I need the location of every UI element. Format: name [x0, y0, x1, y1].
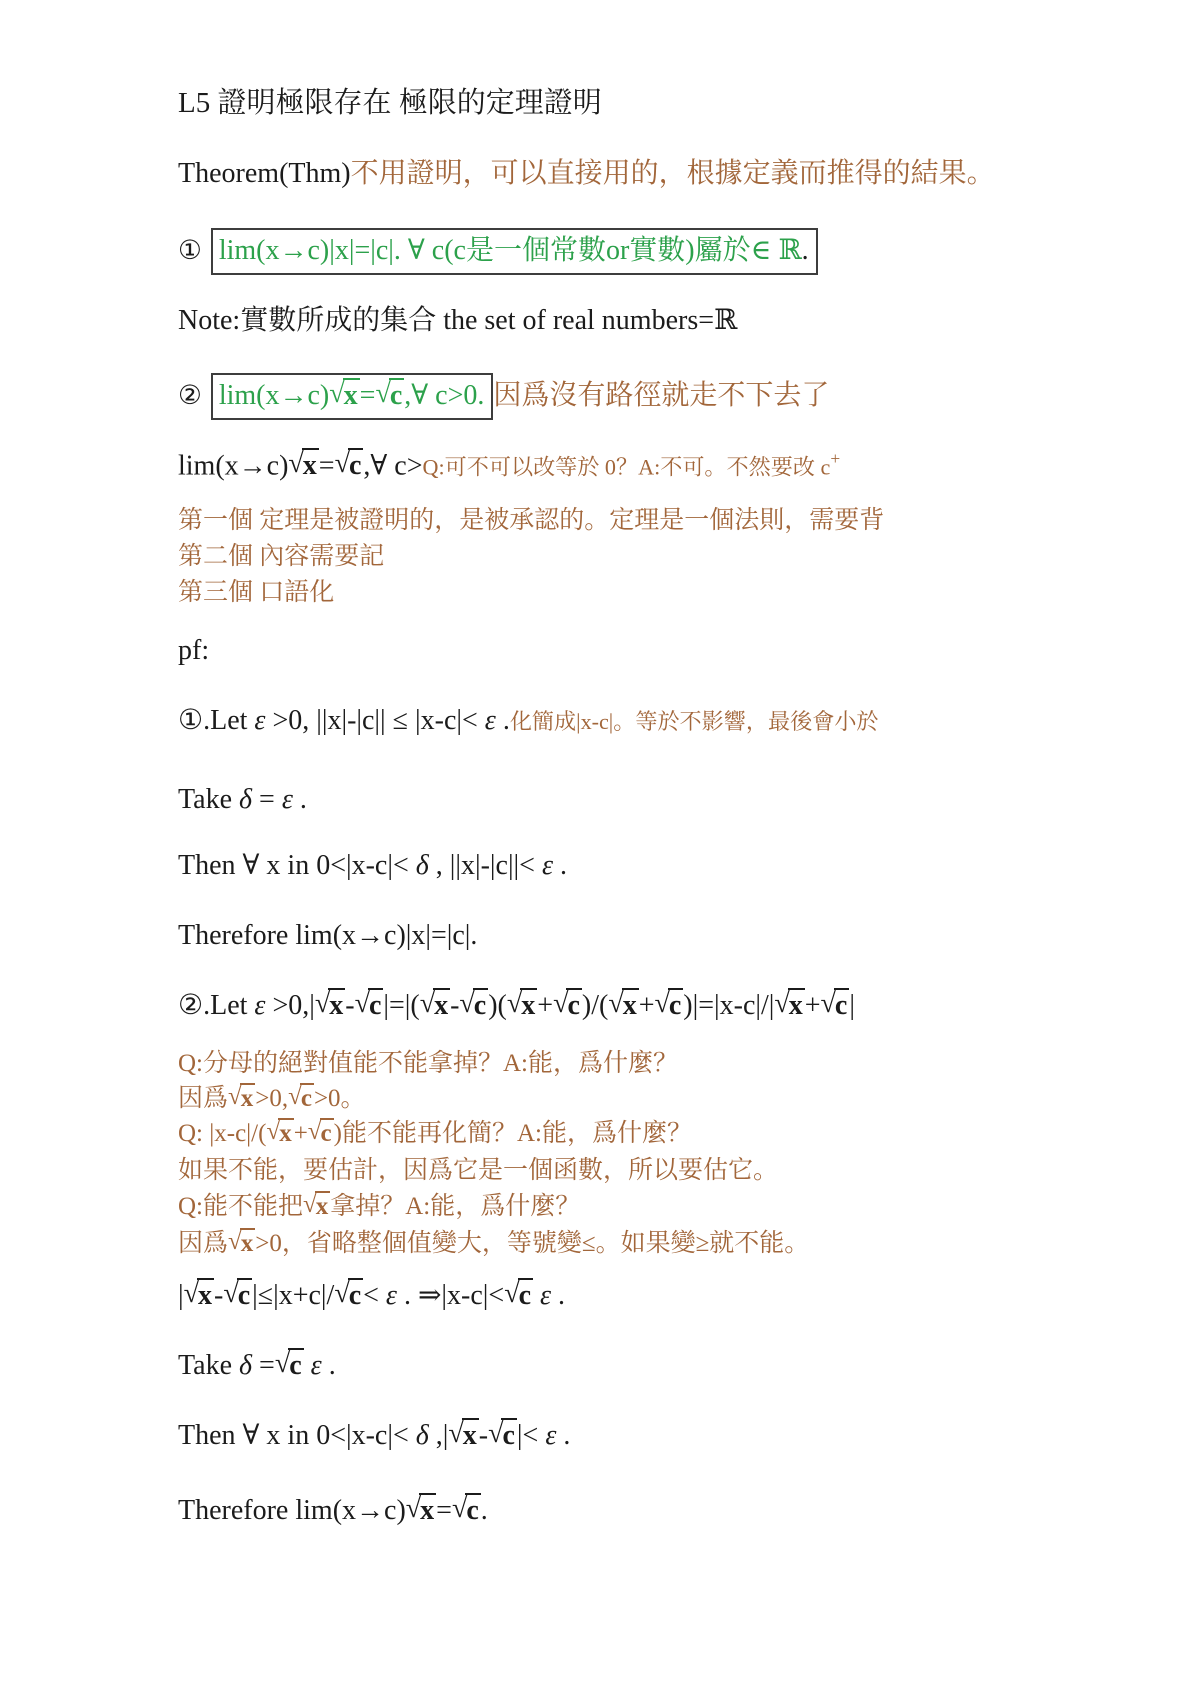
sqrt-expression: √c	[288, 1085, 314, 1112]
text-segment: 因爲	[178, 1230, 228, 1257]
proof-2-take: Take δ =√c ε .	[178, 1348, 336, 1383]
text-segment: -	[345, 990, 354, 1021]
text-segment: δ	[239, 1350, 252, 1381]
radical-sign: √	[315, 986, 330, 1021]
sqrt-expression: √x	[420, 990, 450, 1021]
text-segment: +	[830, 449, 840, 468]
radical-sign: √	[308, 1116, 322, 1147]
radicand: c	[348, 448, 363, 481]
radicand: x	[278, 1118, 294, 1148]
text-segment: .	[293, 784, 307, 815]
text-segment: =	[360, 380, 376, 411]
proof-1-take: Take δ = ε .	[178, 782, 307, 817]
text-segment: ε	[254, 990, 265, 1021]
text-segment: )能不能再化簡？A:能，爲什麼？	[334, 1120, 692, 1147]
text-segment	[533, 1280, 540, 1311]
text-segment: .	[556, 1420, 570, 1451]
text-segment: 第一個 定理是被證明的，是被承認的。定理是一個法則，需要背	[178, 507, 884, 534]
sqrt-expression: √x	[406, 1495, 436, 1526]
text-segment: pf:	[178, 635, 209, 666]
text-segment: ,∀ c>	[363, 450, 422, 481]
sqrt-expression: √c	[375, 380, 404, 411]
radicand: x	[302, 448, 319, 481]
text-segment: )|=|x-c|/|	[683, 990, 774, 1021]
text-segment: .	[802, 235, 809, 266]
radicand: x	[788, 988, 805, 1021]
text-segment: lim(x→c)	[219, 380, 329, 411]
radical-sign: √	[335, 446, 350, 481]
text-segment: .	[322, 1350, 336, 1381]
text-segment: |	[849, 990, 855, 1021]
sqrt-expression: √c	[275, 1350, 304, 1381]
sqrt-expression: √x	[608, 990, 638, 1021]
radical-sign: √	[420, 986, 435, 1021]
text-segment: 第二個 內容需要記	[178, 543, 384, 570]
text-segment: lim(x→c)|x|=|c|. ∀ c(c是一個常數or實數)屬於∈ ℝ	[219, 235, 802, 266]
text-segment: >0，省略整個值變大，等號變≤。如果變≥就不能。	[255, 1230, 809, 1257]
sqrt-expression: √c	[308, 1120, 334, 1147]
remark-2: 第二個 內容需要記	[178, 541, 384, 572]
radical-sign: √	[448, 1416, 463, 1451]
radical-sign: √	[375, 376, 390, 411]
radical-sign: √	[608, 986, 623, 1021]
sqrt-expression: √c	[504, 1280, 533, 1311]
remark-3: 第三個 口語化	[178, 577, 334, 608]
sqrt-expression: √x	[288, 450, 318, 481]
radicand: c	[465, 1493, 480, 1526]
radical-sign: √	[654, 986, 669, 1021]
text-segment: ε	[282, 784, 293, 815]
radicand: c	[566, 988, 581, 1021]
radical-sign: √	[774, 986, 789, 1021]
proof-1-let: ①.Let ε >0, ||x|-|c|| ≤ |x-c|< ε .化簡成|x-…	[178, 703, 879, 738]
text-segment: L5 證明極限存在 極限的定理證明	[178, 87, 602, 119]
radical-sign: √	[329, 376, 344, 411]
radical-sign: √	[334, 1276, 349, 1311]
radicand: x	[622, 988, 639, 1021]
proof-2-therefore: Therefore lim(x→c)√x=√c.	[178, 1493, 488, 1528]
radical-sign: √	[821, 986, 836, 1021]
sqrt-expression: √c	[355, 990, 384, 1021]
theorem-2-boxed: ②lim(x→c)√x=√c,∀ c>0.因爲沒有路徑就走不下去了	[178, 373, 829, 420]
radical-sign: √	[507, 986, 522, 1021]
radicand: c	[668, 988, 683, 1021]
radicand: x	[462, 1418, 479, 1451]
theorem-intro: Theorem(Thm)不用證明，可以直接用的，根據定義而推得的結果。	[178, 156, 995, 191]
text-segment: Then ∀ x in 0<|x-c|<	[178, 1420, 416, 1451]
text-segment: )/(	[582, 990, 608, 1021]
text-segment: >0,	[255, 1085, 288, 1112]
text-segment: ε	[254, 705, 265, 736]
text-segment: 因爲沒有路徑就走不下去了	[493, 380, 829, 411]
text-segment: ①.Let	[178, 705, 254, 736]
proof-2-estimate: |√x-√c|≤|x+c|/√c< ε . ⇒|x-c|<√c ε .	[178, 1278, 565, 1313]
text-segment: ε	[311, 1350, 322, 1381]
radicand: x	[343, 378, 360, 411]
text-segment: Theorem(Thm)	[178, 158, 351, 189]
text-segment: )(	[488, 990, 507, 1021]
radical-sign: √	[355, 986, 370, 1021]
sqrt-expression: √c	[459, 990, 488, 1021]
radicand: c	[237, 1278, 252, 1311]
text-segment: ,∀ c>0.	[404, 380, 484, 411]
radicand: x	[315, 1191, 331, 1221]
text-segment: 拿掉？A:能，爲什麼？	[330, 1193, 580, 1220]
text-segment: ε	[386, 1280, 397, 1311]
text-segment: +	[537, 990, 553, 1021]
radical-sign: √	[266, 1116, 280, 1147]
radicand: x	[240, 1228, 256, 1258]
radical-sign: √	[288, 446, 303, 481]
qa-simplify: Q: |x-c|/(√x+√c)能不能再化簡？A:能，爲什麼？	[178, 1118, 692, 1149]
text-segment: <	[363, 1280, 386, 1311]
text-segment: >0,|	[265, 990, 314, 1021]
sqrt-expression: √c	[654, 990, 683, 1021]
text-segment: -	[479, 1420, 488, 1451]
radicand: c	[834, 988, 849, 1021]
radicand: c	[389, 378, 404, 411]
radical-sign: √	[504, 1276, 519, 1311]
text-segment: -	[214, 1280, 223, 1311]
radicand: x	[328, 988, 345, 1021]
sqrt-expression: √c	[452, 1495, 481, 1526]
note-real-numbers: Note:實數所成的集合 the set of real numbers=ℝ	[178, 303, 737, 338]
radicand: x	[520, 988, 537, 1021]
radical-sign: √	[184, 1276, 199, 1311]
text-segment: . ⇒|x-c|<	[397, 1280, 504, 1311]
radicand: c	[473, 988, 488, 1021]
text-segment: >0。	[314, 1085, 366, 1112]
radical-sign: √	[228, 1226, 242, 1257]
text-segment: =	[436, 1495, 452, 1526]
radicand: x	[419, 1493, 436, 1526]
text-segment: 不用證明，可以直接用的，根據定義而推得的結果。	[351, 158, 995, 189]
qa-remove-sqrt-reason: 因爲√x>0，省略整個值變大，等號變≤。如果變≥就不能。	[178, 1228, 809, 1259]
qa-denominator: Q:分母的絕對值能不能拿掉？A:能，爲什麼？	[178, 1048, 678, 1079]
theorem-box: lim(x→c)|x|=|c|. ∀ c(c是一個常數or實數)屬於∈ ℝ.	[211, 228, 818, 275]
sqrt-expression: √x	[303, 1193, 330, 1220]
text-segment: lim(x→c)	[178, 450, 288, 481]
text-segment: Q:能不能把	[178, 1193, 303, 1220]
proof-2-let: ②.Let ε >0,|√x-√c|=|(√x-√c)(√x+√c)/(√x+√…	[178, 988, 855, 1023]
sqrt-expression: √c	[223, 1280, 252, 1311]
text-segment: 如果不能，要估計，因爲它是一個函數，所以要估它。	[178, 1157, 778, 1184]
radical-sign: √	[223, 1276, 238, 1311]
sqrt-expression: √x	[228, 1085, 255, 1112]
text-segment: ②.Let	[178, 990, 254, 1021]
proof-2-then: Then ∀ x in 0<|x-c|< δ ,|√x-√c|< ε .	[178, 1418, 570, 1453]
text-segment: 因爲	[178, 1085, 228, 1112]
remark-1: 第一個 定理是被證明的，是被承認的。定理是一個法則，需要背	[178, 505, 884, 536]
text-segment: =	[319, 450, 335, 481]
text-segment: Then ∀ x in 0<|x-c|<	[178, 850, 416, 881]
radicand: c	[368, 988, 383, 1021]
sqrt-expression: √x	[329, 380, 359, 411]
text-segment: .	[551, 1280, 565, 1311]
sqrt-expression: √c	[335, 450, 364, 481]
radical-sign: √	[303, 1189, 317, 1220]
circled-number-marker: ①	[178, 235, 202, 266]
sqrt-expression: √x	[315, 990, 345, 1021]
text-segment: Take	[178, 1350, 239, 1381]
proof-1-therefore: Therefore lim(x→c)|x|=|c|.	[178, 918, 477, 953]
text-segment: Note:實數所成的集合 the set of real numbers=ℝ	[178, 305, 737, 336]
qa-simplify-note: 如果不能，要估計，因爲它是一個函數，所以要估它。	[178, 1155, 778, 1186]
document-page: L5 證明極限存在 極限的定理證明Theorem(Thm)不用證明，可以直接用的…	[0, 0, 1191, 1684]
radical-sign: √	[228, 1081, 242, 1112]
theorem-box: lim(x→c)√x=√c,∀ c>0.	[211, 373, 494, 420]
text-segment: ε	[542, 850, 553, 881]
radical-sign: √	[553, 986, 568, 1021]
radical-sign: √	[488, 1416, 503, 1451]
sqrt-expression: √x	[266, 1120, 293, 1147]
radicand: c	[501, 1418, 516, 1451]
text-segment: Therefore lim(x→c)|x|=|c|.	[178, 920, 477, 951]
sqrt-expression: √x	[448, 1420, 478, 1451]
text-segment: 第三個 口語化	[178, 579, 334, 606]
radical-sign: √	[459, 986, 474, 1021]
theorem-1-boxed: ①lim(x→c)|x|=|c|. ∀ c(c是一個常數or實數)屬於∈ ℝ.	[178, 228, 818, 275]
proof-label: pf:	[178, 633, 209, 668]
circled-number-marker: ②	[178, 380, 202, 411]
text-segment: +	[639, 990, 655, 1021]
qa-remove-sqrt: Q:能不能把√x拿掉？A:能，爲什麼？	[178, 1191, 580, 1222]
text-segment	[304, 1350, 311, 1381]
radical-sign: √	[275, 1346, 290, 1381]
text-segment: +	[294, 1120, 308, 1147]
text-segment: =	[252, 1350, 275, 1381]
text-segment: =	[252, 784, 282, 815]
text-segment: ε	[485, 705, 496, 736]
text-segment: Take	[178, 784, 239, 815]
text-segment: δ	[416, 850, 429, 881]
text-segment: 化簡成|x-c|。等於不影響，最後會小於	[510, 709, 879, 734]
theorem-2-restate: lim(x→c)√x=√c,∀ c>Q:可不可以改等於 0？A:不可。不然要改 …	[178, 448, 840, 483]
text-segment: Q:分母的絕對值能不能拿掉？A:能，爲什麼？	[178, 1050, 678, 1077]
text-segment: Therefore lim(x→c)	[178, 1495, 406, 1526]
text-segment: .	[481, 1495, 488, 1526]
sqrt-expression: √c	[334, 1280, 363, 1311]
radical-sign: √	[288, 1081, 302, 1112]
radicand: c	[518, 1278, 533, 1311]
text-segment: δ	[416, 1420, 429, 1451]
text-segment: +	[805, 990, 821, 1021]
text-segment: δ	[239, 784, 252, 815]
radicand: c	[288, 1348, 303, 1381]
radicand: x	[240, 1083, 256, 1113]
text-segment: ε	[545, 1420, 556, 1451]
text-segment: Q:可不可以改等於 0？A:不可。不然要改 c	[423, 454, 831, 479]
page-title: L5 證明極限存在 極限的定理證明	[178, 85, 602, 121]
text-segment: |≤|x+c|/	[252, 1280, 334, 1311]
radicand: x	[433, 988, 450, 1021]
text-segment: |=|(	[383, 990, 419, 1021]
radical-sign: √	[406, 1491, 421, 1526]
text-segment: .	[553, 850, 567, 881]
text-segment: ,|	[429, 1420, 449, 1451]
qa-denominator-reason: 因爲√x>0,√c>0。	[178, 1083, 366, 1114]
sqrt-expression: √c	[488, 1420, 517, 1451]
text-segment: , ||x|-|c||<	[429, 850, 542, 881]
text-segment: ε	[540, 1280, 551, 1311]
sqrt-expression: √x	[507, 990, 537, 1021]
sqrt-expression: √x	[228, 1230, 255, 1257]
radicand: x	[197, 1278, 214, 1311]
radical-sign: √	[452, 1491, 467, 1526]
text-segment: >0, ||x|-|c|| ≤ |x-c|<	[265, 705, 484, 736]
proof-1-then: Then ∀ x in 0<|x-c|< δ , ||x|-|c||< ε .	[178, 848, 567, 883]
sqrt-expression: √x	[184, 1280, 214, 1311]
sqrt-expression: √c	[553, 990, 582, 1021]
text-segment: .	[496, 705, 510, 736]
sqrt-expression: √c	[821, 990, 850, 1021]
sqrt-expression: √x	[774, 990, 804, 1021]
radicand: c	[348, 1278, 363, 1311]
text-segment: |<	[517, 1420, 545, 1451]
text-segment: Q: |x-c|/(	[178, 1120, 266, 1147]
